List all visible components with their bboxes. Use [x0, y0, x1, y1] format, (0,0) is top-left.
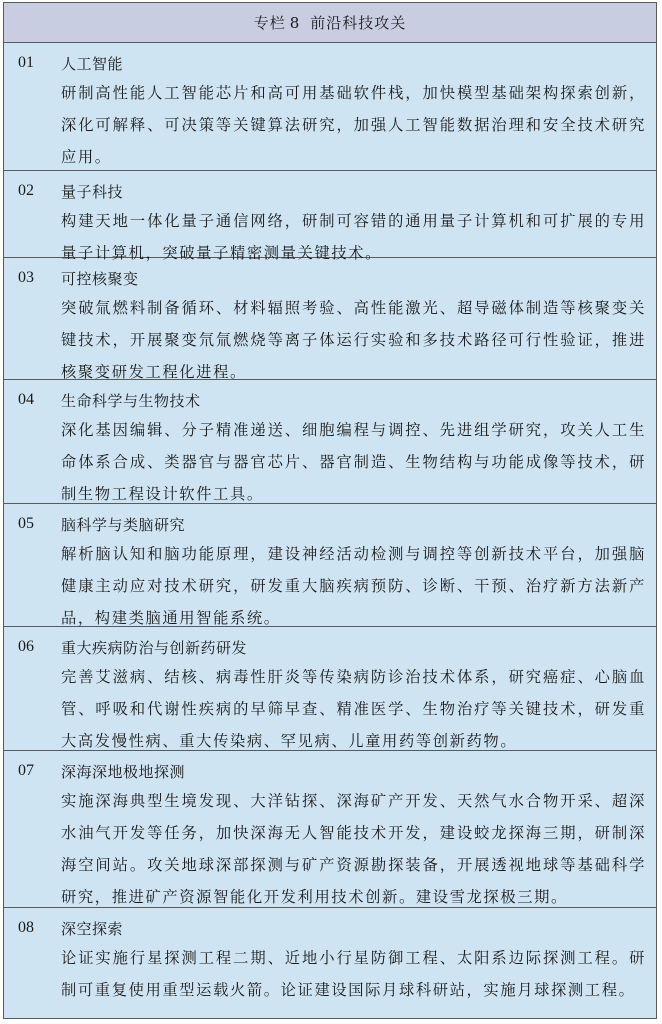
section-number: 05: [18, 515, 61, 533]
section-number: 08: [18, 919, 61, 937]
section-title: 量子科技: [61, 181, 123, 202]
section-body: 深化基因编辑、分子精准递送、细胞编程与调控、先进组学研究，攻关人工生命体系合成、…: [61, 414, 646, 510]
section-title: 脑科学与类脑研究: [61, 514, 185, 535]
section-body: 论证实施行星探测工程二期、近地小行星防御工程、太阳系边际探测工程。研制可重复使用…: [61, 942, 646, 1006]
section-03: 03可控核聚变 突破氚燃料制备循环、材料辐照考验、高性能激光、超导磁体制造等核聚…: [4, 258, 656, 380]
section-07: 07深海深地极地探测 实施深海典型生境发现、大洋钻探、深海矿产开发、天然气水合物…: [4, 751, 656, 908]
section-number: 03: [18, 269, 61, 287]
header-number: 8: [290, 14, 301, 32]
section-body: 实施深海典型生境发现、大洋钻探、深海矿产开发、天然气水合物开采、超深水油气开发等…: [61, 785, 646, 913]
section-title: 可控核聚变: [61, 268, 139, 289]
section-title: 生命科学与生物技术: [61, 390, 201, 411]
section-number: 01: [18, 54, 61, 72]
section-body: 解析脑认知和脑功能原理，建设神经活动检测与调控等创新技术平台，加强脑健康主动应对…: [61, 538, 646, 634]
header-prefix: 专栏: [254, 12, 286, 33]
box-header: 专栏 8 前沿科技攻关: [4, 3, 656, 43]
section-body: 突破氚燃料制备循环、材料辐照考验、高性能激光、超导磁体制造等核聚变关键技术，开展…: [61, 292, 646, 388]
feature-box: 专栏 8 前沿科技攻关 01人工智能 研制高性能人工智能芯片和高可用基础软件栈，…: [3, 2, 657, 1019]
section-number: 04: [18, 391, 61, 409]
section-title: 深空探索: [61, 918, 123, 939]
section-08: 08深空探索 论证实施行星探测工程二期、近地小行星防御工程、太阳系边际探测工程。…: [4, 908, 656, 1024]
section-title: 人工智能: [61, 53, 123, 74]
section-number: 02: [18, 182, 61, 200]
section-01: 01人工智能 研制高性能人工智能芯片和高可用基础软件栈，加快模型基础架构探索创新…: [4, 43, 656, 171]
section-06: 06重大疾病防治与创新药研发 完善艾滋病、结核、病毒性肝炎等传染病防诊治技术体系…: [4, 627, 656, 751]
header-title: 前沿科技攻关: [310, 12, 406, 33]
section-number: 06: [18, 638, 61, 656]
section-body: 完善艾滋病、结核、病毒性肝炎等传染病防诊治技术体系，研究癌症、心脑血管、呼吸和代…: [61, 661, 646, 757]
section-05: 05脑科学与类脑研究 解析脑认知和脑功能原理，建设神经活动检测与调控等创新技术平…: [4, 504, 656, 627]
section-number: 07: [18, 762, 61, 780]
section-04: 04生命科学与生物技术 深化基因编辑、分子精准递送、细胞编程与调控、先进组学研究…: [4, 380, 656, 504]
section-title: 重大疾病防治与创新药研发: [61, 637, 247, 658]
section-title: 深海深地极地探测: [61, 761, 185, 782]
section-02: 02量子科技 构建天地一体化量子通信网络，研制可容错的通用量子计算机和可扩展的专…: [4, 171, 656, 258]
section-body: 研制高性能人工智能芯片和高可用基础软件栈，加快模型基础架构探索创新，深化可解释、…: [61, 77, 646, 173]
